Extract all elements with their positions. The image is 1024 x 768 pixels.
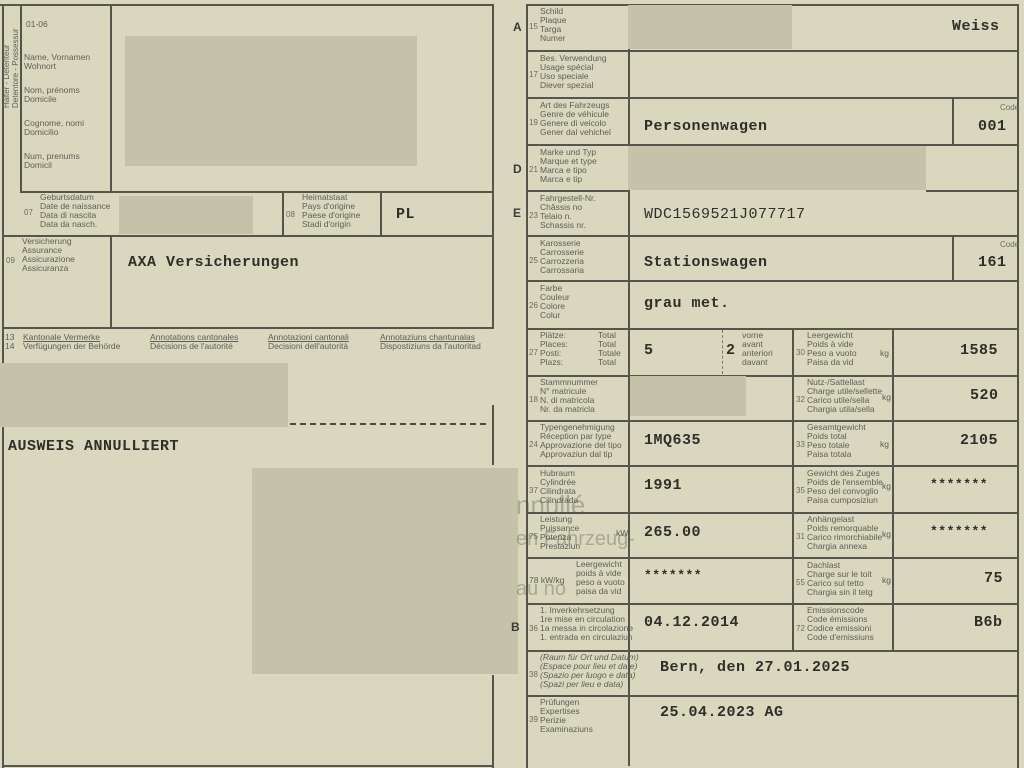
roof-load-unit: kg [882,576,891,585]
origin-number: 08 [286,210,295,219]
annotations-number-14: 14 [5,342,14,351]
first-registration-value: 04.12.2014 [644,614,739,631]
matricule-redacted [630,376,746,416]
annotations-de-2: Verfügungen der Behörde [23,342,120,351]
side-divider [20,4,22,192]
color-number: 26 [529,301,538,310]
chassis-number: 23 [529,211,538,220]
vehicle-type-label: Art des Fahrzeugs Genre de véhicule Gene… [540,101,611,137]
marker-b: B [511,620,520,634]
trailer-load-label: Anhängelast Poids remorquable Carico rim… [807,515,882,551]
vehicle-type-code: 001 [978,118,1007,135]
row-divider [526,235,1018,237]
vehicle-type-number: 19 [529,118,538,127]
holder-label-rm: Num, prenums Domicil [24,152,80,170]
insurance-value: AXA Versicherungen [128,254,299,271]
vehicle-type-value: Personenwagen [644,118,768,135]
holder-label-de: Name, Vornamen Wohnort [24,53,90,71]
cancel-stamp-line3: au no [516,578,566,601]
seats-front-value: 2 [726,342,736,359]
row-divider [526,512,1018,514]
place-date-number: 38 [529,670,538,679]
frame-left [526,4,528,768]
frame-right-upper [492,4,494,328]
cancelled-notice: AUSWEIS ANNULLIERT [8,438,179,455]
plate-number: 15 [529,22,538,31]
annotations-rm-2: Dispostiziuns da l'autoritad [380,342,481,351]
chassis-value: WDC1569521J077717 [644,206,806,223]
birth-number: 07 [24,208,33,217]
power-value: 265.00 [644,524,701,541]
holder-field-number: 01-06 [26,20,48,29]
make-model-redacted [628,146,926,190]
code-divider [952,235,954,281]
roof-load-value: 75 [984,570,1003,587]
trailer-load-unit: kg [882,530,891,539]
insurance-number: 09 [6,256,15,265]
annotation-redacted [0,363,288,427]
frame-right-mid [492,405,494,465]
displacement-value: 1991 [644,477,682,494]
roof-load-label: Dachlast Charge sur le toit Carico sul t… [807,561,873,597]
row-divider [526,190,628,192]
first-registration-number: 36 [529,624,538,633]
insurance-label: Versicherung Assurance Assicurazione Ass… [22,237,75,273]
side-label-2: Detentore - Possessur [12,28,20,108]
code-divider [952,97,954,145]
emission-code-label: Emissionscode Code émissions Codice emis… [807,606,874,642]
power-weight-value: ******* [644,568,702,583]
train-weight-label: Gewicht des Zuges Poids de l'ensemble Pe… [807,469,883,505]
total-weight-number: 33 [796,440,805,449]
body-code-label: Code [1000,240,1019,249]
row-divider-13 [2,327,494,329]
seats-front-label: vorne avant anteriori davant [742,331,773,367]
matricule-number: 18 [529,395,538,404]
total-weight-value: 2105 [960,432,998,449]
matricule-label: Stammnummer N° matricule N. di matricola… [540,378,598,414]
holder-name-redacted [125,36,417,166]
body-code: 161 [978,254,1007,271]
row-divider [926,190,1018,192]
place-date-label: (Raum für Ort und Datum) (Espace pour li… [540,653,639,689]
make-model-label: Marke und Typ Marque et type Marca e tip… [540,148,597,184]
payload-unit: kg [882,393,891,402]
payload-label: Nutz-/Sattellast Charge utile/sellette C… [807,378,882,414]
row-divider [526,695,1018,697]
birth-date-redacted [119,196,253,234]
color-value: grau met. [644,295,730,312]
first-registration-label: 1. Inverkehrsetzung 1re mise en circulat… [540,606,633,642]
row-divider [526,280,1018,282]
type-approval-value: 1MQ635 [644,432,701,449]
train-weight-value: ******* [930,477,988,492]
row-divider [526,465,1018,467]
registration-right-page: A D E B 15 Schild Plaque Targa Numer Wei… [520,0,1024,768]
annotations-it-2: Decisioni dell'autorità [268,342,348,351]
color-label: Farbe Couleur Colore Colur [540,284,570,320]
cancel-stamp-line1: nnullé [516,490,585,521]
empty-weight-number: 30 [796,348,805,357]
payload-number: 32 [796,395,805,404]
empty-weight-value: 1585 [960,342,998,359]
seats-value: 5 [644,342,654,359]
insurance-divider [110,235,112,328]
label-divider [110,4,112,192]
type-approval-label: Typengenehmigung Réception par type Appr… [540,423,622,459]
body-value: Stationswagen [644,254,768,271]
emission-code-value: B6b [974,614,1003,631]
place-date-value: Bern, den 27.01.2025 [660,659,850,676]
frame-top [0,4,494,6]
inspections-number: 39 [529,715,538,724]
chassis-label: Fahrgestell-Nr. Châssis no Telaio n. Sch… [540,194,596,230]
make-model-number: 21 [529,165,538,174]
dashed-separator [290,423,486,425]
plate-color-value: Weiss [952,18,1000,35]
total-weight-label: Gesamtgewicht Poids total Peso totale Pa… [807,423,866,459]
total-weight-unit: kg [880,440,889,449]
frame-right-lower [492,675,494,768]
row-divider-09 [2,235,494,237]
special-use-label: Bes. Verwendung Usage spécial Uso specia… [540,54,607,90]
train-weight-unit: kg [882,482,891,491]
annotations-fr-2: Décisions de l'autorité [150,342,233,351]
origin-label: Heimatstaat Pays d'origine Paese d'origi… [302,193,360,229]
lower-redacted [252,468,518,674]
seats-label: Plätze: Places: Posti: Plazs: [540,331,568,367]
row-divider [526,375,1018,377]
birth-label: Geburtsdatum Date de naissance Data di n… [40,193,110,229]
seats-number: 27 [529,348,538,357]
row-divider [526,97,1018,99]
marker-a: A [513,20,522,34]
marker-e: E [513,206,521,220]
holder-label-it: Cognome, nomi Domicilio [24,119,84,137]
seats-sub-divider [722,330,724,374]
divider-08 [282,191,284,236]
registration-left-page: 01-06 Halter - Détenteur Detentore - Pos… [0,0,520,768]
empty-weight-unit: kg [880,349,889,358]
weights-divider [792,603,794,651]
origin-value: PL [396,206,415,223]
divider-08-value [380,191,382,236]
trailer-load-value: ******* [930,524,988,539]
payload-value: 520 [970,387,999,404]
inspections-label: Prüfungen Expertises Perizie Examinaziun… [540,698,593,734]
special-use-number: 17 [529,70,538,79]
train-weight-number: 35 [796,486,805,495]
frame-right [1017,4,1019,768]
empty-weight-label: Leergewicht Poids à vide Peso a vuoto Pa… [807,331,857,367]
frame-bottom [2,765,494,767]
roof-load-number: 55 [796,578,805,587]
type-approval-number: 24 [529,440,538,449]
row-divider [526,50,1018,52]
emission-code-number: 72 [796,624,805,633]
body-label: Karosserie Carrosserie Carrozzeria Carro… [540,239,584,275]
power-weight-label: Leergewicht poids à vide peso a vuoto pa… [576,560,625,596]
cancel-stamp-line2: en Fahrzeug- [516,528,635,551]
vehicle-type-code-label: Code [1000,103,1019,112]
inspections-value: 25.04.2023 AG [660,704,784,721]
plate-label: Schild Plaque Targa Numer [540,7,566,43]
body-number: 25 [529,256,538,265]
marker-d: D [513,162,522,176]
side-label-1: Halter - Détenteur [3,44,11,108]
holder-label-fr: Nom, prénoms Domicile [24,86,80,104]
seats-total-label: Total Total Totale Total [598,331,621,367]
plate-redacted [628,5,792,49]
trailer-load-number: 31 [796,532,805,541]
